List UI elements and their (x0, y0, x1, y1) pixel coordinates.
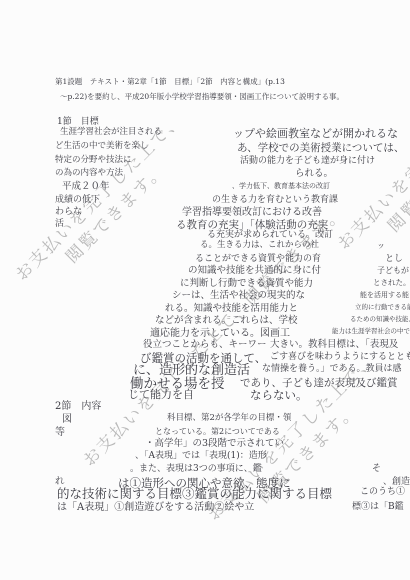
body-text-fragment: 平成２０年 (62, 182, 110, 193)
body-text-fragment: そ (372, 464, 381, 474)
body-text-fragment: 標③は「B鑑 (352, 502, 404, 512)
body-text-fragment: 適応能力を示している。図画工 (150, 328, 290, 340)
body-text-fragment: ップや絵画教室などが開かれるな (233, 128, 398, 141)
body-text-fragment: は「A表現」①創造遊びをする活動②絵や立 (57, 502, 254, 514)
body-text-fragment: とし (385, 254, 403, 264)
body-text-fragment: の知識や技能を共通的に身に付 (188, 266, 321, 277)
body-text-fragment: などが含まれる。これらは、学校 (155, 316, 298, 327)
body-text-fragment: 科目標、第2が各学年の目標・領 (167, 414, 291, 424)
body-text-fragment: ごす喜びを味わうようにするととも (270, 352, 410, 362)
body-text-fragment: る。生きる力は、これからの社 (200, 241, 319, 251)
body-text-fragment: 、「A表現」では「表現(1)：造形 (135, 451, 267, 461)
assignment-title-fragment: ～p.22)を要約し、平成20年版小学校学習指導要領・図画工作について説明する事… (60, 93, 344, 102)
body-text-fragment: じて能力を自 (128, 389, 194, 402)
body-text-fragment: 役立つことからも、キーワー (143, 340, 267, 351)
body-text-fragment: 図 (62, 414, 72, 426)
body-text-fragment: 1節 目標 (57, 117, 99, 127)
body-text-fragment: 活動の能力を子ども達が身に付け (240, 156, 375, 166)
body-text-fragment: 能力は生涯学習社会の中で (332, 328, 410, 335)
body-text-fragment: となっている。第2についてである (155, 427, 280, 436)
body-text-fragment: 成績の低下 (55, 195, 100, 205)
body-text-fragment: シーは、生活や社会の現実的な (172, 291, 305, 302)
body-text-fragment: このうち① (360, 487, 405, 497)
body-text-fragment: 能を活用する能 (360, 291, 409, 299)
body-text-fragment: とされた。 (373, 279, 410, 288)
body-text-fragment: 立的に行動できる能 (355, 304, 410, 311)
body-text-fragment: る充実が求められている。改訂 (207, 230, 333, 240)
body-text-fragment: れる。知識や技能を活用能力と (165, 304, 298, 315)
body-text-fragment: ることができる資質や能力の育 (195, 254, 321, 264)
body-text-fragment: ・高学年」の3段階で示されてい (145, 439, 284, 450)
body-text-fragment: 、学力低下、教育基本法の改訂 (232, 182, 330, 190)
body-text-fragment: るための知識や技能、 (350, 316, 410, 323)
body-text-fragment: 活 (55, 219, 64, 229)
body-text-fragment: 等 (55, 427, 65, 439)
body-text-fragment: られる。 (295, 169, 333, 180)
body-text-fragment: の生きる力を育むという教育課 (212, 195, 338, 205)
body-text-fragment: 生涯学習社会が注目される (60, 128, 162, 138)
body-text-fragment: あ、学校での美術授業については、 (237, 142, 404, 154)
body-text-fragment: 子どもが (377, 266, 409, 275)
document-text: 第1設題 テキスト・第2章「1節 目標」「2節 内容と構成」(p.13～p.22… (0, 0, 410, 580)
body-text-fragment: わらな (55, 207, 82, 217)
document-page: お支払いを完了した上で、 閲覧できます。お支払いを完了した上で、閲覧できます。お… (0, 0, 410, 580)
assignment-title-fragment: 第1設題 テキスト・第2章「1節 目標」「2節 内容と構成」(p.13 (55, 78, 285, 87)
body-text-fragment: 学習指導要領改訂における改善 (182, 207, 322, 219)
body-text-fragment: 大きい。教科目標は、「表現及 (270, 340, 398, 351)
body-text-fragment: ッ (377, 241, 385, 250)
body-text-fragment: に判断し行動できる資質や能力 (180, 279, 313, 290)
body-text-fragment: 。また、表現は3つの事項に、鑑 (130, 464, 262, 474)
body-text-fragment: の為の内容や方法 (55, 169, 123, 179)
body-text-fragment: な情操を養う。」である。教員は感 (262, 364, 402, 374)
body-text-fragment: 的な技術に関する目標③鑑賞の能力に関する目標 (57, 487, 332, 501)
body-text-fragment: ならない。 (250, 389, 308, 402)
body-text-fragment: 特定の分野や技法に (55, 156, 132, 166)
body-text-fragment: 、創造 (383, 477, 410, 487)
body-text-fragment: ど生活の中で美術を楽し (55, 142, 149, 152)
body-text-fragment: 2節 内容 (55, 401, 101, 413)
